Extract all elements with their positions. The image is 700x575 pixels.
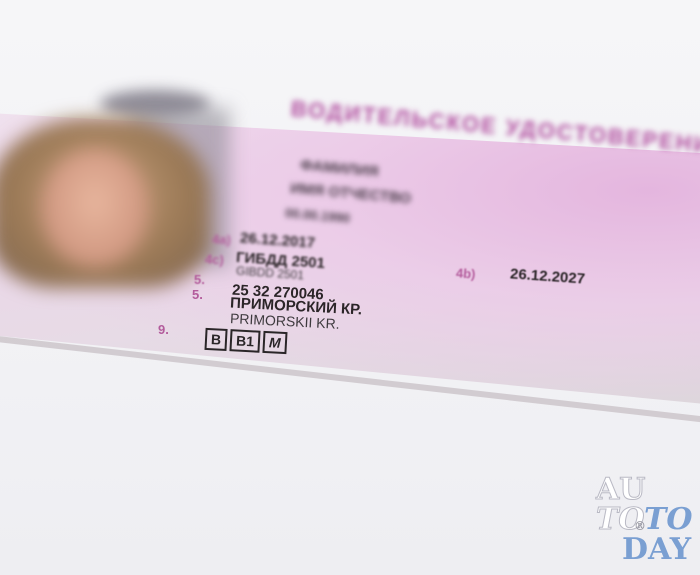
portrait-photo xyxy=(0,118,220,288)
surname-blurred: ФАМИЛИЯ xyxy=(299,157,379,181)
field-num: 4b) xyxy=(456,265,476,281)
field-num: 4a) xyxy=(211,231,231,247)
autotoday-watermark: AU TO ® TO DAY xyxy=(582,475,692,565)
expiry-date: 26.12.2027 xyxy=(509,265,585,287)
category-badge: B1 xyxy=(230,329,261,353)
category-badge: B xyxy=(204,328,227,351)
name-blurred: ИМЯ ОТЧЕСТВО xyxy=(289,180,411,208)
birth-blurred: 00.00.1990 xyxy=(284,205,350,226)
license-categories: B B1 M xyxy=(204,328,287,354)
field-num: 4c) xyxy=(204,251,224,267)
field-num: 9. xyxy=(158,322,169,337)
photo-scene: ВОДИТЕЛЬСКОЕ УДОСТОВЕРЕНИЕ ФАМИЛИЯ ИМЯ О… xyxy=(0,0,700,575)
field-num: 5. xyxy=(194,272,205,287)
category-badge: M xyxy=(262,331,287,354)
issue-date: 26.12.2017 xyxy=(239,229,315,251)
card-title: ВОДИТЕЛЬСКОЕ УДОСТОВЕРЕНИЕ xyxy=(290,96,700,160)
